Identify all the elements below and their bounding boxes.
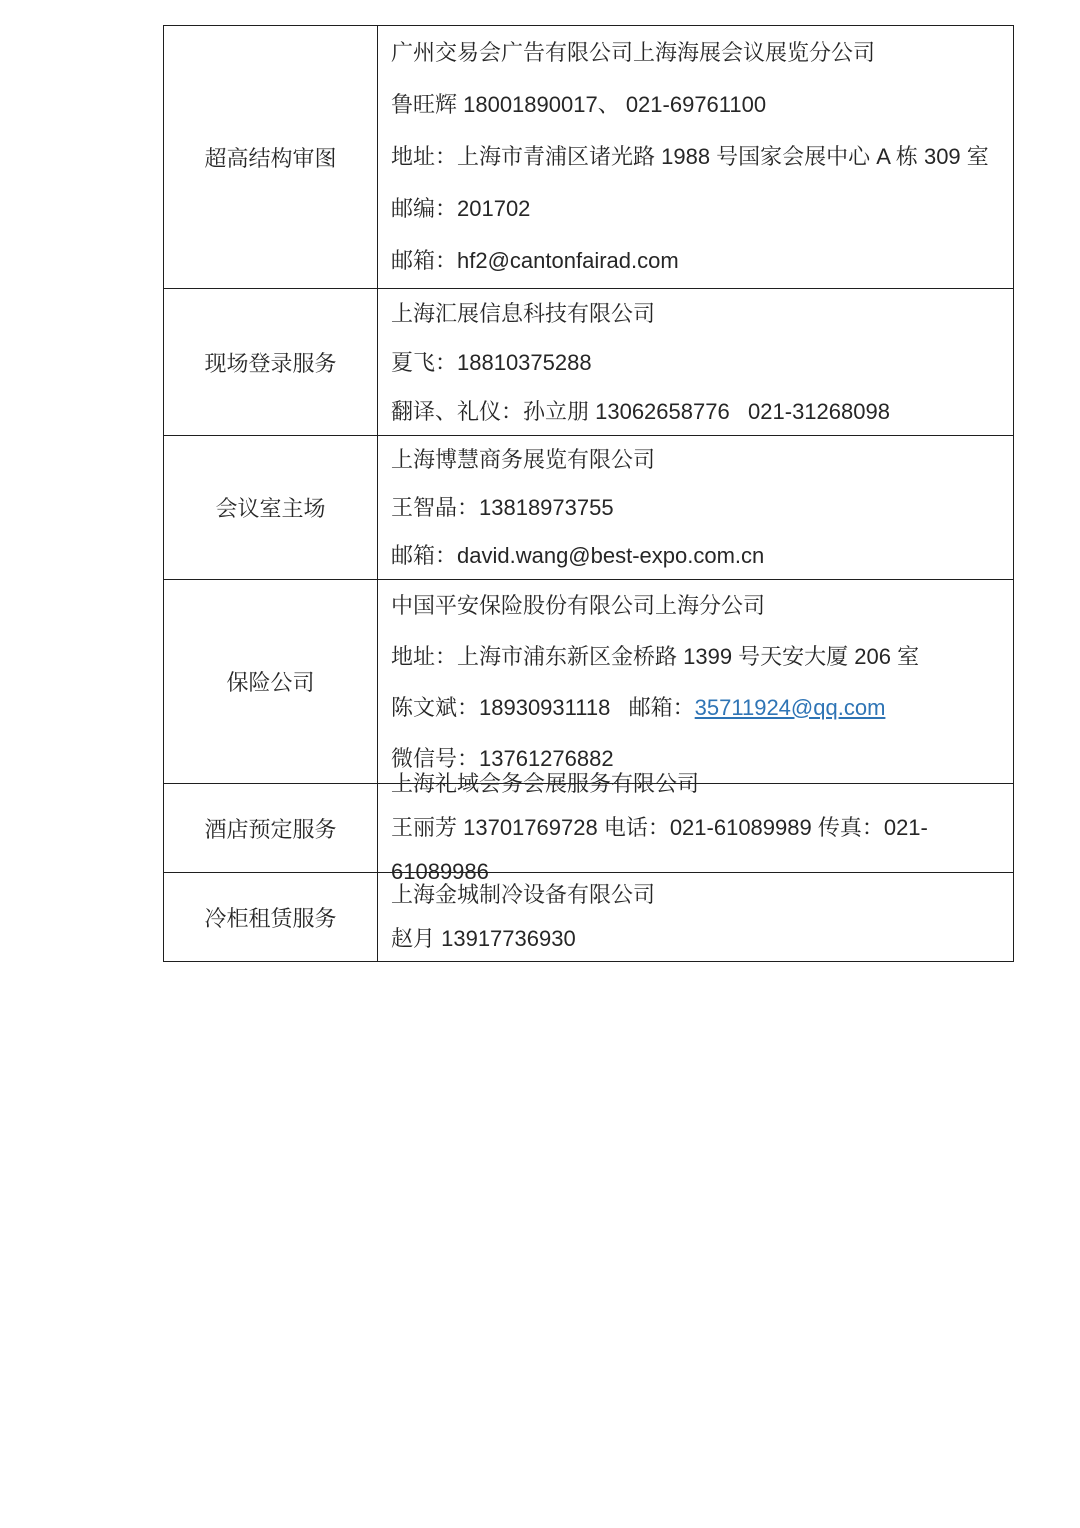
contact-details: 广州交易会广告有限公司上海海展会议展览分公司 鲁旺辉 18001890017、 … xyxy=(378,26,1013,288)
company-name: 上海礼域会务会展服务有限公司 xyxy=(391,762,1009,806)
contact-details: 上海汇展信息科技有限公司 夏飞：18810375288 翻译、礼仪：孙立朋 13… xyxy=(378,289,1013,435)
service-name: 现场登录服务 xyxy=(164,289,378,435)
table-row-insurance: 保险公司 中国平安保险股份有限公司上海分公司 地址：上海市浦东新区金桥路 139… xyxy=(164,579,1013,783)
contact-phone: 夏飞：18810375288 xyxy=(391,338,1009,387)
table-row-hotel-booking: 酒店预定服务 上海礼域会务会展服务有限公司 王丽芳 13701769728 电话… xyxy=(164,783,1013,872)
contact-phone: 赵月 13917736930 xyxy=(391,917,1009,961)
contact-details: 上海博慧商务展览有限公司 王智晶：13818973755 邮箱：david.wa… xyxy=(378,436,1013,579)
company-name: 广州交易会广告有限公司上海海展会议展览分公司 xyxy=(391,27,1009,79)
service-name: 保险公司 xyxy=(164,580,378,783)
contact-phone: 陈文斌：18930931118 邮箱： xyxy=(391,695,695,720)
company-name: 上海金城制冷设备有限公司 xyxy=(391,873,1009,917)
contact-details: 上海金城制冷设备有限公司 赵月 13917736930 xyxy=(378,873,1013,961)
email-link[interactable]: 35711924@qq.com xyxy=(695,695,886,720)
contact-phone: 王智晶：13818973755 xyxy=(391,484,1009,532)
contact-table: 超高结构审图 广州交易会广告有限公司上海海展会议展览分公司 鲁旺辉 180018… xyxy=(163,25,1014,962)
email: 邮箱：david.wang@best-expo.com.cn xyxy=(391,532,1009,580)
contact-phone: 翻译、礼仪：孙立朋 13062658776 021-31268098 xyxy=(391,387,1009,436)
table-row-meeting-room: 会议室主场 上海博慧商务展览有限公司 王智晶：13818973755 邮箱：da… xyxy=(164,435,1013,579)
table-row-onsite-registration: 现场登录服务 上海汇展信息科技有限公司 夏飞：18810375288 翻译、礼仪… xyxy=(164,288,1013,435)
address: 地址：上海市青浦区诸光路 1988 号国家会展中心 A 栋 309 室 xyxy=(391,131,1009,183)
contact-details: 上海礼域会务会展服务有限公司 王丽芳 13701769728 电话：021-61… xyxy=(378,784,1013,872)
contact-phone: 鲁旺辉 18001890017、 021-69761100 xyxy=(391,79,1009,131)
document-page: 超高结构审图 广州交易会广告有限公司上海海展会议展览分公司 鲁旺辉 180018… xyxy=(0,0,1080,1528)
address: 地址：上海市浦东新区金桥路 1399 号天安大厦 206 室 xyxy=(391,631,1009,682)
service-name: 会议室主场 xyxy=(164,436,378,579)
company-name: 上海汇展信息科技有限公司 xyxy=(391,289,1009,338)
contact-details: 中国平安保险股份有限公司上海分公司 地址：上海市浦东新区金桥路 1399 号天安… xyxy=(378,580,1013,783)
company-name: 上海博慧商务展览有限公司 xyxy=(391,436,1009,484)
email: 邮箱：hf2@cantonfairad.com xyxy=(391,235,1009,287)
service-name: 超高结构审图 xyxy=(164,26,378,288)
company-name: 中国平安保险股份有限公司上海分公司 xyxy=(391,580,1009,631)
contact-phone-email: 陈文斌：18930931118 邮箱：35711924@qq.com xyxy=(391,682,1009,733)
table-row-structure-review: 超高结构审图 广州交易会广告有限公司上海海展会议展览分公司 鲁旺辉 180018… xyxy=(164,26,1013,288)
service-name: 冷柜租赁服务 xyxy=(164,873,378,961)
service-name: 酒店预定服务 xyxy=(164,784,378,872)
postal-code: 邮编：201702 xyxy=(391,183,1009,235)
table-row-freezer-rental: 冷柜租赁服务 上海金城制冷设备有限公司 赵月 13917736930 xyxy=(164,872,1013,961)
